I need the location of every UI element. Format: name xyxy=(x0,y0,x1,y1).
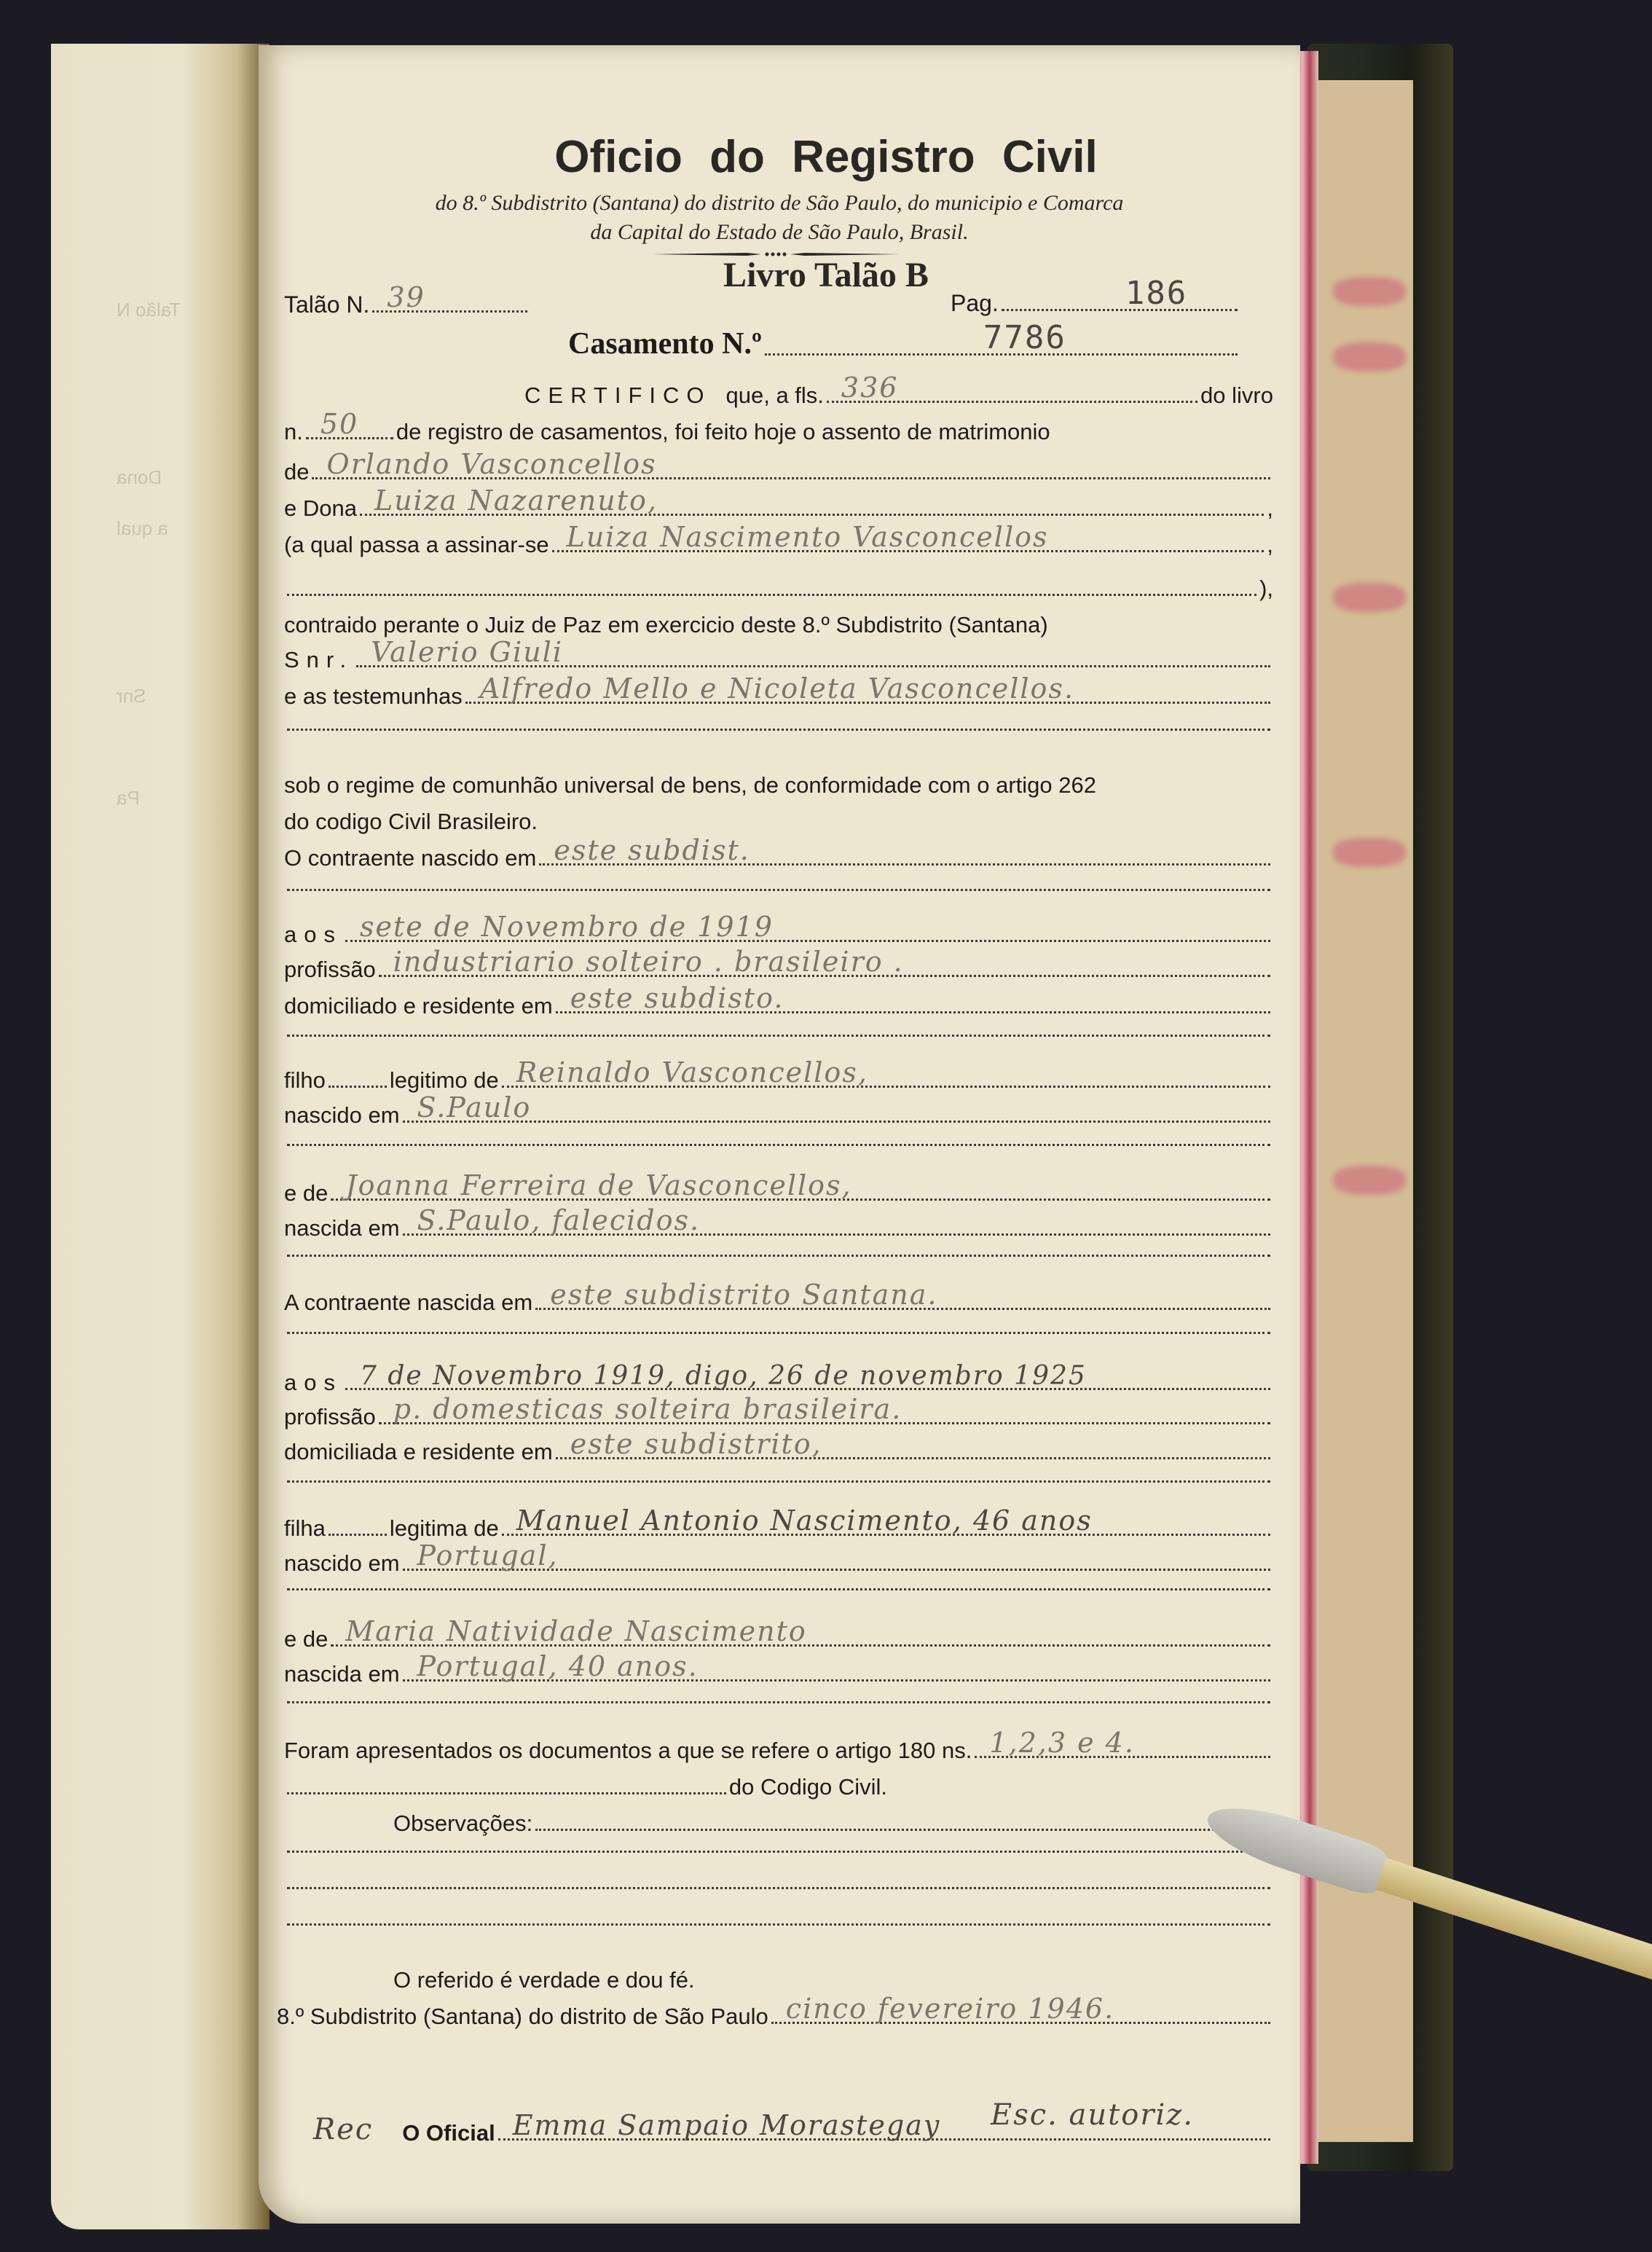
bride-profession: p. domesticas solteira brasileira. xyxy=(393,1393,902,1425)
blank-line xyxy=(284,1588,1273,1596)
page-title: Oficio do Registro Civil xyxy=(0,131,1652,183)
escrevente-signature: Esc. autoriz. xyxy=(991,2098,1194,2132)
testemunhas-names: Alfredo Mello e Nicoleta Vasconcellos. xyxy=(480,672,1074,705)
blank-line xyxy=(284,1255,1273,1263)
testemunhas-label: e as testemunhas xyxy=(284,683,463,710)
documentos-line: Foram apresentados os documentos a que s… xyxy=(284,1738,1273,1764)
groom-birthplace-label: O contraente nascido em xyxy=(284,845,536,871)
groom-birthdate-line: aos sete de Novembro de 1919 xyxy=(284,922,1273,948)
groom-father-birthplace-line: nascido em S.Paulo xyxy=(284,1102,1273,1129)
e-de-label: e de xyxy=(284,1626,328,1652)
bride-birthplace-line: A contraente nascida em este subdistrito… xyxy=(284,1290,1273,1316)
groom-father: Reinaldo Vasconcellos, xyxy=(516,1056,868,1088)
groom-father-line: filho legitimo de Reinaldo Vasconcellos, xyxy=(284,1067,1273,1094)
regime-line-1: sob o regime de comunhão universal de be… xyxy=(284,772,1273,799)
verdade-text: O referido é verdade e dou fé. xyxy=(393,1967,695,1993)
book-title: Livro Talão B xyxy=(0,255,1652,295)
e-de-label: e de xyxy=(284,1180,328,1207)
juiz-name: Valerio Giuli xyxy=(371,636,563,668)
observacoes-line: Observações: xyxy=(393,1810,1273,1837)
groom-name: Orlando Vasconcellos xyxy=(326,448,656,480)
bride-name: Luiza Nazarenuto, xyxy=(374,484,658,517)
assinar-line: (a qual passa a assinar-se Luiza Nascime… xyxy=(284,532,1273,558)
bride-married-name: Luiza Nascimento Vasconcellos xyxy=(567,521,1049,553)
local-text: 8.º Subdistrito (Santana) do distrito de… xyxy=(277,2004,768,2030)
talao-label: Talão N. xyxy=(284,291,369,318)
groom-birthplace-line: O contraente nascido em este subdist. xyxy=(284,845,1273,871)
bride-residence: este subdistrito, xyxy=(570,1428,822,1460)
documentos-value: 1,2,3 e 4. xyxy=(989,1727,1135,1759)
groom-line: de Orlando Vasconcellos xyxy=(284,459,1273,485)
contraido-text: contraido perante o Juiz de Paz em exerc… xyxy=(284,612,1048,638)
pag-value: 186 xyxy=(1125,275,1187,312)
blank-line xyxy=(284,1480,1273,1488)
blank-line xyxy=(284,1851,1273,1859)
bride-mother-birthplace: Portugal, 40 anos. xyxy=(417,1650,699,1682)
bride-birthdate-line: aos 7 de Novembro 1919, digo, 26 de nove… xyxy=(284,1370,1273,1396)
casamento-field: Casamento N.º 7786 xyxy=(568,326,1240,361)
verdade-line: O referido é verdade e dou fé. xyxy=(393,1967,1273,1993)
bride-line: e Dona Luiza Nazarenuto, , xyxy=(284,495,1273,522)
show-through-text: Talão N Dona a qual Snr Pa xyxy=(117,44,262,2229)
bride-birthdate: 7 de Novembro 1919, digo, 26 de novembro… xyxy=(360,1361,1087,1391)
snr-label: Snr. xyxy=(284,647,353,673)
codigo-civil-line: do Codigo Civil. xyxy=(284,1774,887,1800)
groom-profession-line: profissão industriario solteiro . brasil… xyxy=(284,957,1273,983)
register-page xyxy=(259,45,1300,2224)
bride-father-birthplace-line: nascido em Portugal, xyxy=(284,1550,1273,1577)
documentos-text: Foram apresentados os documentos a que s… xyxy=(284,1738,972,1764)
testemunhas-line: e as testemunhas Alfredo Mello e Nicolet… xyxy=(284,683,1273,710)
margin-note: Rec xyxy=(313,2113,373,2146)
ghost-text: Talão N xyxy=(117,299,181,321)
ghost-text: Pa xyxy=(117,787,140,809)
de-label: de xyxy=(284,459,309,485)
blank-line xyxy=(284,1701,1273,1709)
facing-left-page: Talão N Dona a qual Snr Pa xyxy=(51,44,270,2229)
oficial-label: O Oficial xyxy=(402,2120,495,2146)
registro-text: de registro de casamentos, foi feito hoj… xyxy=(396,419,1050,445)
stain xyxy=(1333,342,1406,372)
blank-line xyxy=(284,1035,1273,1043)
fls-value: 336 xyxy=(841,372,899,404)
codigo-civil-text: do Codigo Civil. xyxy=(729,1774,887,1800)
blank-line xyxy=(284,1332,1273,1340)
record-date: cinco fevereiro 1946. xyxy=(786,1993,1114,2025)
aos-label: aos xyxy=(284,922,342,948)
nascida-label: nascida em xyxy=(284,1661,400,1687)
groom-mother: Joanna Ferreira de Vasconcellos, xyxy=(345,1169,851,1201)
nascida-label: nascida em xyxy=(284,1215,400,1241)
blank-line xyxy=(284,889,1273,897)
domicilio-label: domiciliado e residente em xyxy=(284,993,553,1019)
groom-birthdate: sete de Novembro de 1919 xyxy=(360,911,774,943)
groom-residence-line: domiciliado e residente em este subdisto… xyxy=(284,993,1273,1019)
bride-birthplace: este subdistrito Santana. xyxy=(550,1279,937,1311)
ghost-text: Snr xyxy=(117,685,146,707)
stain xyxy=(1333,1166,1406,1195)
groom-mother-birthplace: S.Paulo, falecidos. xyxy=(417,1204,701,1236)
bride-profession-line: profissão p. domesticas solteira brasile… xyxy=(284,1404,1273,1430)
que-fls-label: que, a fls. xyxy=(726,382,824,409)
bride-father-line: filha legitima de Manuel Antonio Nascime… xyxy=(284,1515,1273,1542)
observacoes-label: Observações: xyxy=(393,1810,532,1837)
filha-label: filha xyxy=(284,1515,326,1542)
casamento-value: 7786 xyxy=(983,319,1066,356)
nascido-label: nascido em xyxy=(284,1550,400,1577)
bride-father-birthplace: Portugal, xyxy=(417,1539,559,1572)
bride-mother-line: e de Maria Natividade Nascimento xyxy=(284,1626,1273,1652)
stain xyxy=(1333,838,1406,867)
blank-line xyxy=(284,729,1273,737)
assinar-label: (a qual passa a assinar-se xyxy=(284,532,549,558)
bride-father: Manuel Antonio Nascimento, 46 anos xyxy=(516,1504,1093,1537)
n-label: n. xyxy=(284,419,303,445)
blank-line xyxy=(284,1923,1273,1931)
ghost-text: a qual xyxy=(117,517,168,540)
regime-text: sob o regime de comunhão universal de be… xyxy=(284,772,1096,799)
talao-field: Talão N. 39 xyxy=(284,291,530,318)
groom-residence: este subdisto. xyxy=(570,982,784,1014)
bride-mother-birthplace-line: nascida em Portugal, 40 anos. xyxy=(284,1661,1273,1687)
legitimo-label: legitimo de xyxy=(390,1067,499,1094)
regime-line-2: do codigo Civil Brasileiro. xyxy=(284,809,1273,835)
juiz-line: Snr. Valerio Giuli xyxy=(284,647,1273,673)
subtitle-line-2: da Capital do Estado de São Paulo, Brasi… xyxy=(262,220,1297,245)
blank-line: ), xyxy=(284,576,1273,602)
contraido-line: contraido perante o Juiz de Paz em exerc… xyxy=(284,612,1273,638)
pag-field: Pag. 186 xyxy=(951,290,1240,317)
livro-line: n. 50 de registro de casamentos, foi fei… xyxy=(284,419,1273,445)
profissao-label: profissão xyxy=(284,1404,376,1430)
livro-value: 50 xyxy=(320,408,358,440)
bride-residence-line: domiciliada e residente em este subdistr… xyxy=(284,1439,1273,1465)
certifico-label: CERTIFICO xyxy=(524,382,712,409)
certifico-line: CERTIFICO que, a fls. 336 do livro xyxy=(524,382,1273,409)
groom-father-birthplace: S.Paulo xyxy=(417,1091,532,1123)
domicilio-label: domiciliada e residente em xyxy=(284,1439,553,1465)
groom-birthplace: este subdist. xyxy=(554,834,750,866)
bride-mother: Maria Natividade Nascimento xyxy=(345,1615,806,1647)
aos-label: aos xyxy=(284,1370,342,1396)
local-date-line: 8.º Subdistrito (Santana) do distrito de… xyxy=(277,2004,1273,2030)
stain xyxy=(1333,583,1406,612)
groom-mother-line: e de Joanna Ferreira de Vasconcellos, xyxy=(284,1180,1273,1207)
profissao-label: profissão xyxy=(284,957,376,983)
close-paren: ), xyxy=(1259,576,1273,602)
groom-mother-birthplace-line: nascida em S.Paulo, falecidos. xyxy=(284,1215,1273,1241)
legitima-label: legitima de xyxy=(390,1515,499,1542)
subtitle-line-1: do 8.º Subdistrito (Santana) do distrito… xyxy=(262,191,1297,216)
pag-label: Pag. xyxy=(951,290,999,317)
regime-text-2: do codigo Civil Brasileiro. xyxy=(284,809,538,835)
filho-label: filho xyxy=(284,1067,326,1094)
bride-birthplace-label: A contraente nascida em xyxy=(284,1290,532,1316)
casamento-label: Casamento N.º xyxy=(568,326,762,361)
talao-value: 39 xyxy=(387,281,425,313)
oficial-signature: Emma Sampaio Morastegay xyxy=(513,2109,941,2141)
blank-line xyxy=(284,1144,1273,1152)
blank-line xyxy=(284,1887,1273,1895)
dona-label: e Dona xyxy=(284,495,357,522)
groom-profession: industriario solteiro . brasileiro . xyxy=(393,946,904,978)
nascido-label: nascido em xyxy=(284,1102,400,1129)
do-livro-label: do livro xyxy=(1200,382,1273,409)
ghost-text: Dona xyxy=(117,466,162,489)
